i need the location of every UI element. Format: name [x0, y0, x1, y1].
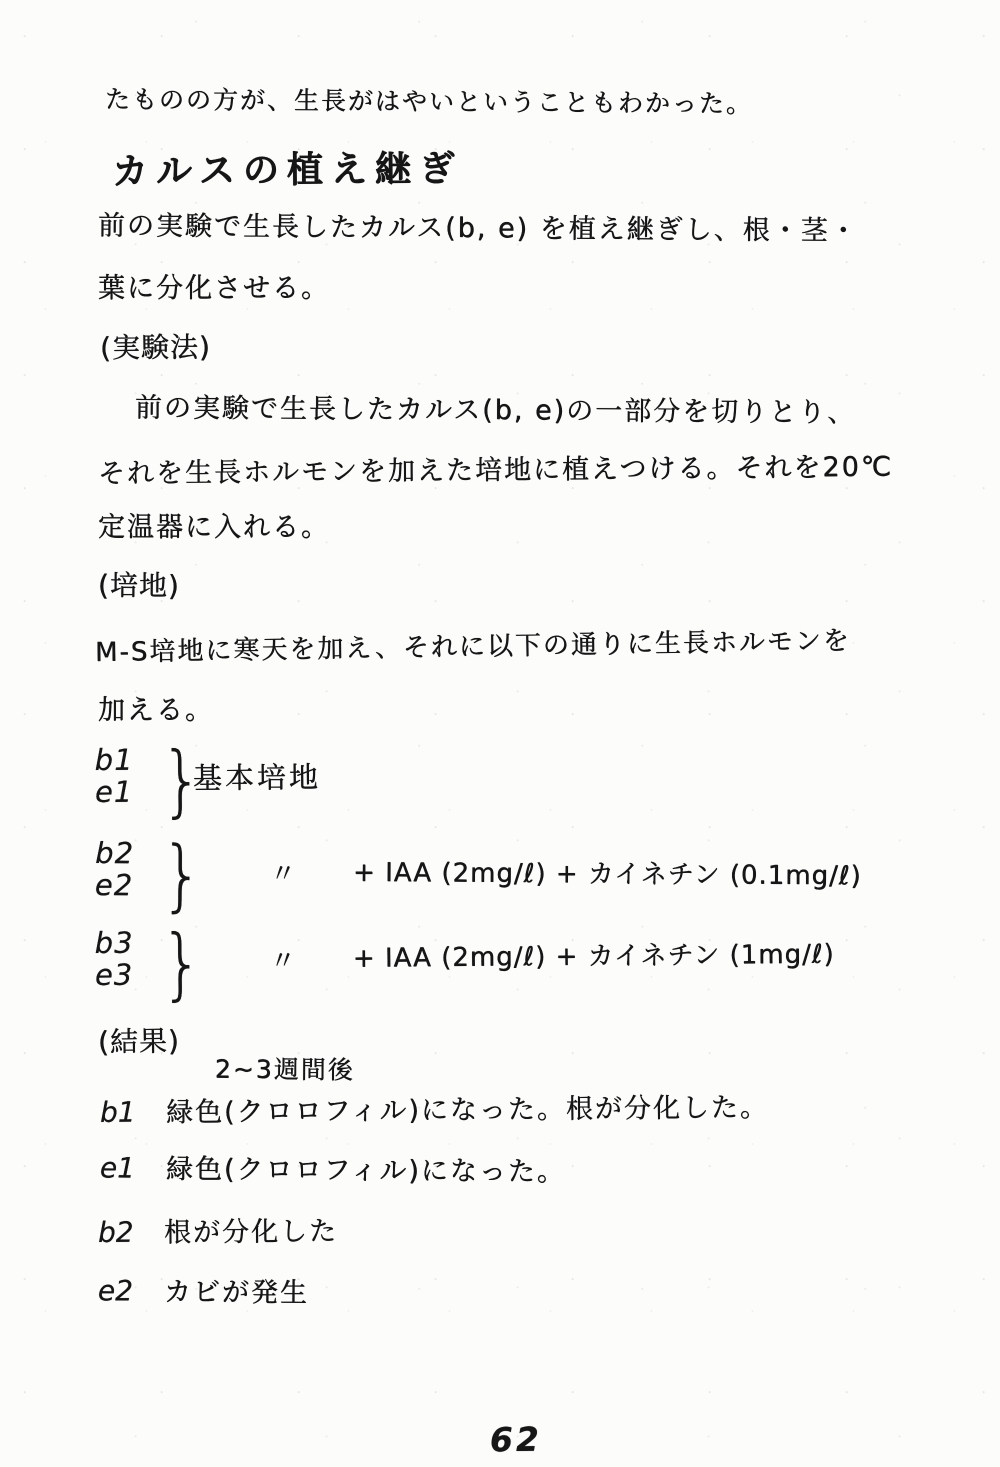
ditto-mark: 〃	[270, 940, 296, 977]
purpose-line-1: 前の実験で生長したカルス(b, e) を植え継ぎし、根・茎・	[98, 203, 859, 247]
method-section-label: (実験法)	[100, 326, 211, 367]
result-id: e2	[98, 1274, 164, 1307]
method-line-2: それを生長ホルモンを加えた培地に植えつける。それを20℃	[98, 445, 893, 491]
media-desc: + IAA (2mg/ℓ) + カイネチン (1mg/ℓ)	[353, 934, 835, 975]
media-id-bottom: e2	[95, 870, 134, 902]
result-text: 緑色(クロロフィル)になった。根が分化した。	[166, 1092, 769, 1128]
media-desc: 基本培地	[193, 755, 321, 797]
result-id: b1	[100, 1095, 166, 1129]
result-id: b2	[98, 1215, 164, 1249]
brace-glyph: }	[160, 830, 203, 920]
ditto-mark: 〃	[270, 853, 296, 890]
media-group-ids: b2 e2	[95, 838, 134, 902]
scanned-page: { "page": { "number": "62" }, "glyphs": …	[0, 0, 1000, 1467]
result-text: 根が分化した	[164, 1216, 338, 1249]
medium-line-1: M-S培地に寒天を加え、それに以下の通りに生長ホルモンを	[95, 620, 851, 669]
media-id-top: b3	[95, 928, 134, 960]
medium-section-label: (培地)	[98, 564, 180, 605]
medium-line-2b: 加える。	[98, 688, 214, 727]
result-row: b2根が分化した	[98, 1209, 338, 1250]
media-id-bottom: e1	[95, 777, 134, 809]
result-section-label: (結果)	[98, 1019, 180, 1060]
result-id: e1	[100, 1151, 166, 1184]
media-group-3: b3 e3 } 〃 + IAA (2mg/ℓ) + カイネチン (1mg/ℓ)	[95, 928, 96, 1024]
method-line-3: 定温器に入れる。	[98, 505, 330, 544]
section-heading: カルスの植え継ぎ	[112, 140, 463, 194]
brace-glyph: }	[160, 919, 203, 1009]
media-group-1: b1 e1 } 基本培地	[95, 745, 96, 841]
intro-line: たものの方が、生長がはやいということもわかった。	[105, 80, 753, 121]
notebook-page: たものの方が、生長がはやいということもわかった。 カルスの植え継ぎ 前の実験で生…	[0, 0, 1000, 1467]
page-number: 62	[490, 1420, 543, 1460]
media-id-bottom: e3	[95, 960, 134, 992]
result-row: e2カビが発生	[98, 1269, 309, 1309]
media-group-ids: b1 e1	[95, 745, 134, 809]
media-id-top: b1	[95, 745, 134, 777]
result-row: e1緑色(クロロフィル)になった。	[100, 1146, 566, 1188]
result-text: 緑色(クロロフィル)になった。	[166, 1154, 566, 1188]
result-row: b1緑色(クロロフィル)になった。根が分化した。	[100, 1085, 769, 1130]
media-id-top: b2	[95, 838, 134, 870]
result-text: カビが発生	[164, 1277, 309, 1309]
media-group-ids: b3 e3	[95, 928, 134, 992]
media-desc: + IAA (2mg/ℓ) + カイネチン (0.1mg/ℓ)	[353, 852, 862, 893]
result-note: 2~3週間後	[215, 1050, 355, 1087]
purpose-line-2: 葉に分化させる。	[98, 266, 330, 305]
method-line-1: 前の実験で生長したカルス(b, e)の一部分を切りとり、	[135, 385, 856, 429]
media-group-2: b2 e2 } 〃 + IAA (2mg/ℓ) + カイネチン (0.1mg/ℓ…	[95, 838, 96, 934]
